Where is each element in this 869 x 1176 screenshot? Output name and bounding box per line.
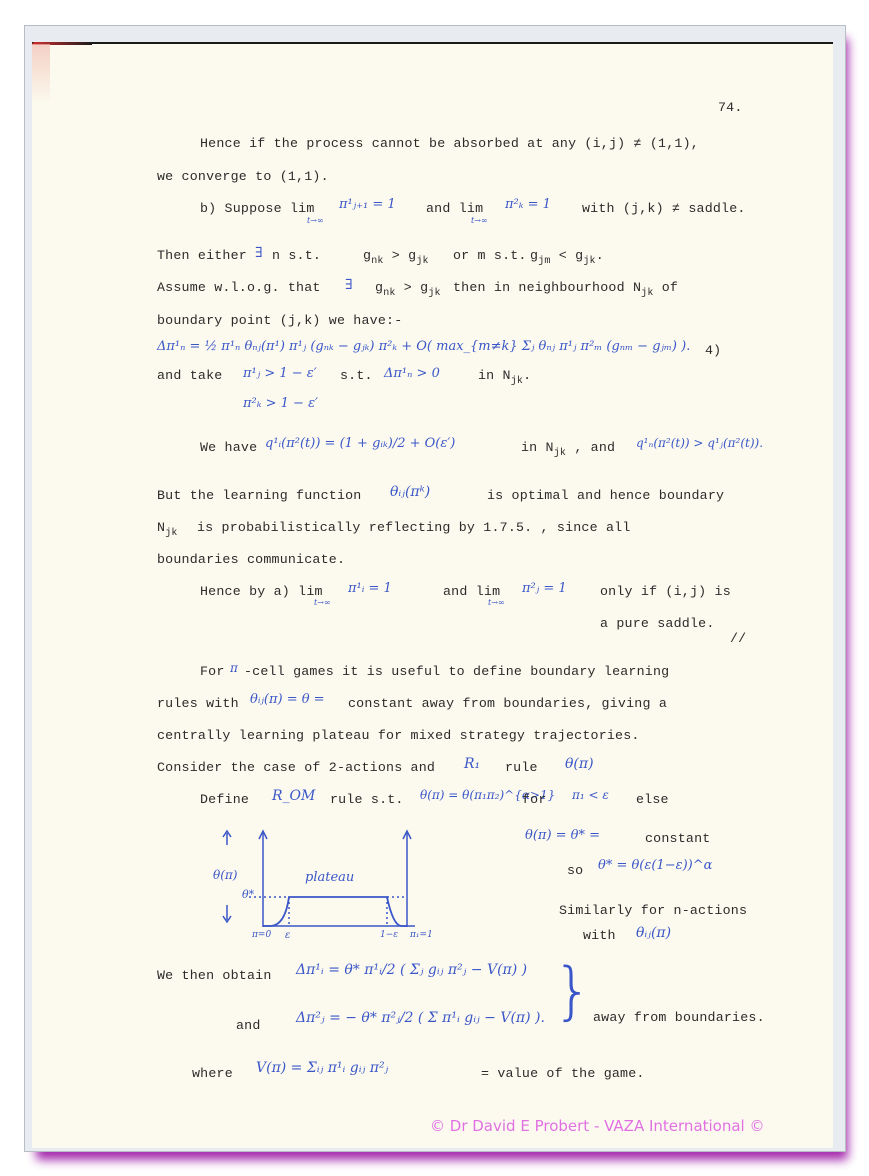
inequality: gjm < gjk. — [530, 248, 604, 263]
handwritten-equation: V(π) = Σᵢⱼ π¹ᵢ gᵢⱼ π²ⱼ — [256, 1060, 388, 1076]
handwritten-limit: π²ₖ = 1 — [505, 197, 551, 212]
diagram-plateau-label: plateau — [305, 870, 354, 885]
text-line: constant — [645, 831, 710, 846]
text-line: and lim — [443, 584, 500, 599]
diagram-level-label: θ* — [242, 888, 254, 901]
text-line: Then either — [157, 248, 247, 263]
handwritten-symbol: θᵢⱼ(πᵏ) — [390, 484, 430, 500]
text-line: boundary point (j,k) we have:- — [157, 313, 402, 328]
text-line: b) Suppose lim — [200, 201, 315, 216]
text-line: and lim — [426, 201, 483, 216]
inequality: gnk > gjk — [363, 248, 429, 263]
text-line: else — [636, 792, 669, 807]
text-line: Consider the case of 2-actions and — [157, 760, 435, 775]
text-line: for — [522, 792, 547, 807]
handwritten-condition: π²ₖ > 1 − ε′ — [243, 396, 318, 411]
handwritten-equation: θ* = θ(ε(1−ε))^α — [598, 858, 712, 873]
diagram-y-axis-label: θ(π) — [213, 868, 237, 882]
handwritten-brace: } — [553, 960, 592, 1022]
text-line: But the learning function — [157, 488, 362, 503]
handwritten-condition: π₁ < ε — [572, 788, 609, 802]
text-line: with — [583, 928, 616, 943]
text-line: constant away from boundaries, giving a — [348, 696, 667, 711]
handwritten-limit: π²ⱼ = 1 — [522, 581, 567, 596]
handwritten-equation: θ(π) = θ* = — [525, 828, 600, 843]
handwritten-symbol: R_OM — [272, 788, 315, 804]
handwritten-equation: Δπ²ⱼ = − θ* π²ⱼ/2 ( Σ π¹ᵢ gᵢⱼ − V(π) ). — [296, 1010, 545, 1026]
handwritten-condition: Δπ¹ₙ > 0 — [384, 366, 440, 381]
page-number: 74. — [718, 100, 743, 115]
text-line: Hence by a) lim — [200, 584, 323, 599]
text-line: boundaries communicate. — [157, 552, 345, 567]
text-line: in Njk , and — [521, 440, 615, 455]
exists-symbol: ∃ — [345, 277, 353, 293]
exists-symbol: ∃ — [255, 245, 263, 261]
text-line: then in neighbourhood Njk of — [453, 280, 678, 295]
handwritten-limit-sub: t→∞ — [471, 216, 488, 225]
text-line: Assume w.l.o.g. that — [157, 280, 321, 295]
handwritten-symbol: θ(π) — [565, 756, 594, 772]
text-line: centrally learning plateau for mixed str… — [157, 728, 640, 743]
text-line: s.t. — [340, 368, 373, 383]
handwritten-limit-sub: t→∞ — [307, 216, 324, 225]
text-line: with (j,k) ≠ saddle. — [582, 201, 746, 216]
equation-number: 4) — [705, 343, 721, 358]
page-corner-stain — [32, 44, 50, 104]
handwritten-limit: π¹ⱼ₊₁ = 1 — [339, 197, 396, 212]
handwritten-limit-sub: t→∞ — [488, 598, 505, 607]
text-line: in Njk. — [478, 368, 531, 383]
text-line: and take — [157, 368, 222, 383]
text-line: For — [200, 664, 225, 679]
diagram-x-tick: ε — [285, 930, 290, 941]
handwritten-symbol: R₁ — [464, 756, 480, 772]
inequality: gnk > gjk — [375, 280, 441, 295]
text-line: -cell games it is useful to define bound… — [244, 664, 669, 679]
diagram-x-tick: 1−ε — [380, 930, 398, 940]
handwritten-condition: π¹ⱼ > 1 − ε′ — [243, 366, 317, 381]
text-line: and — [236, 1018, 261, 1033]
text-line: rule s.t. — [330, 792, 404, 807]
handwritten-limit: π¹ᵢ = 1 — [348, 581, 392, 596]
handwritten-symbol: π — [230, 661, 238, 675]
diagram-x-tick: π=0 — [252, 930, 271, 940]
text-line: n s.t. — [272, 248, 321, 263]
text-line: Njk — [157, 520, 178, 535]
diagram-x-tick: π₁=1 — [410, 930, 433, 940]
handwritten-equation: θᵢⱼ(π) = θ = — [250, 692, 325, 707]
text-line: Similarly for n-actions — [559, 903, 747, 918]
text-line: where — [192, 1066, 233, 1081]
end-of-proof-mark: // — [730, 631, 746, 646]
text-line: rule — [505, 760, 538, 775]
handwritten-equation: q¹ᵢ(π²(t)) = (1 + gᵢₖ)/2 + O(ε′) — [265, 436, 455, 451]
text-line: away from boundaries. — [593, 1010, 765, 1025]
text-line: a pure saddle. — [600, 616, 715, 631]
text-line: Hence if the process cannot be absorbed … — [200, 136, 699, 151]
text-line: Define — [200, 792, 249, 807]
handwritten-equation: q¹ₙ(π²(t)) > q¹ⱼ(π²(t)). — [636, 436, 763, 450]
text-line: We have — [200, 440, 257, 455]
text-line: or m s.t. — [453, 248, 527, 263]
copyright-watermark: © Dr David E Probert - VAZA Internationa… — [430, 1117, 765, 1135]
text-line: so — [567, 863, 583, 878]
text-line: rules with — [157, 696, 239, 711]
text-line: = value of the game. — [481, 1066, 645, 1081]
text-line: We then obtain — [157, 968, 272, 983]
handwritten-limit-sub: t→∞ — [314, 598, 331, 607]
text-line: is probabilistically reflecting by 1.7.5… — [197, 520, 631, 535]
text-line: we converge to (1,1). — [157, 169, 329, 184]
handwritten-equation: Δπ¹ᵢ = θ* π¹ᵢ/2 ( Σⱼ gᵢⱼ π²ⱼ − V(π) ) — [296, 962, 527, 978]
handwritten-symbol: θᵢⱼ(π) — [636, 925, 671, 941]
text-line: only if (i,j) is — [600, 584, 731, 599]
text-line: is optimal and hence boundary — [487, 488, 724, 503]
handwritten-equation: Δπ¹ₙ = ½ π¹ₙ θₙⱼ(π¹) π¹ⱼ (gₙₖ − gⱼₖ) π²ₖ… — [157, 339, 690, 354]
